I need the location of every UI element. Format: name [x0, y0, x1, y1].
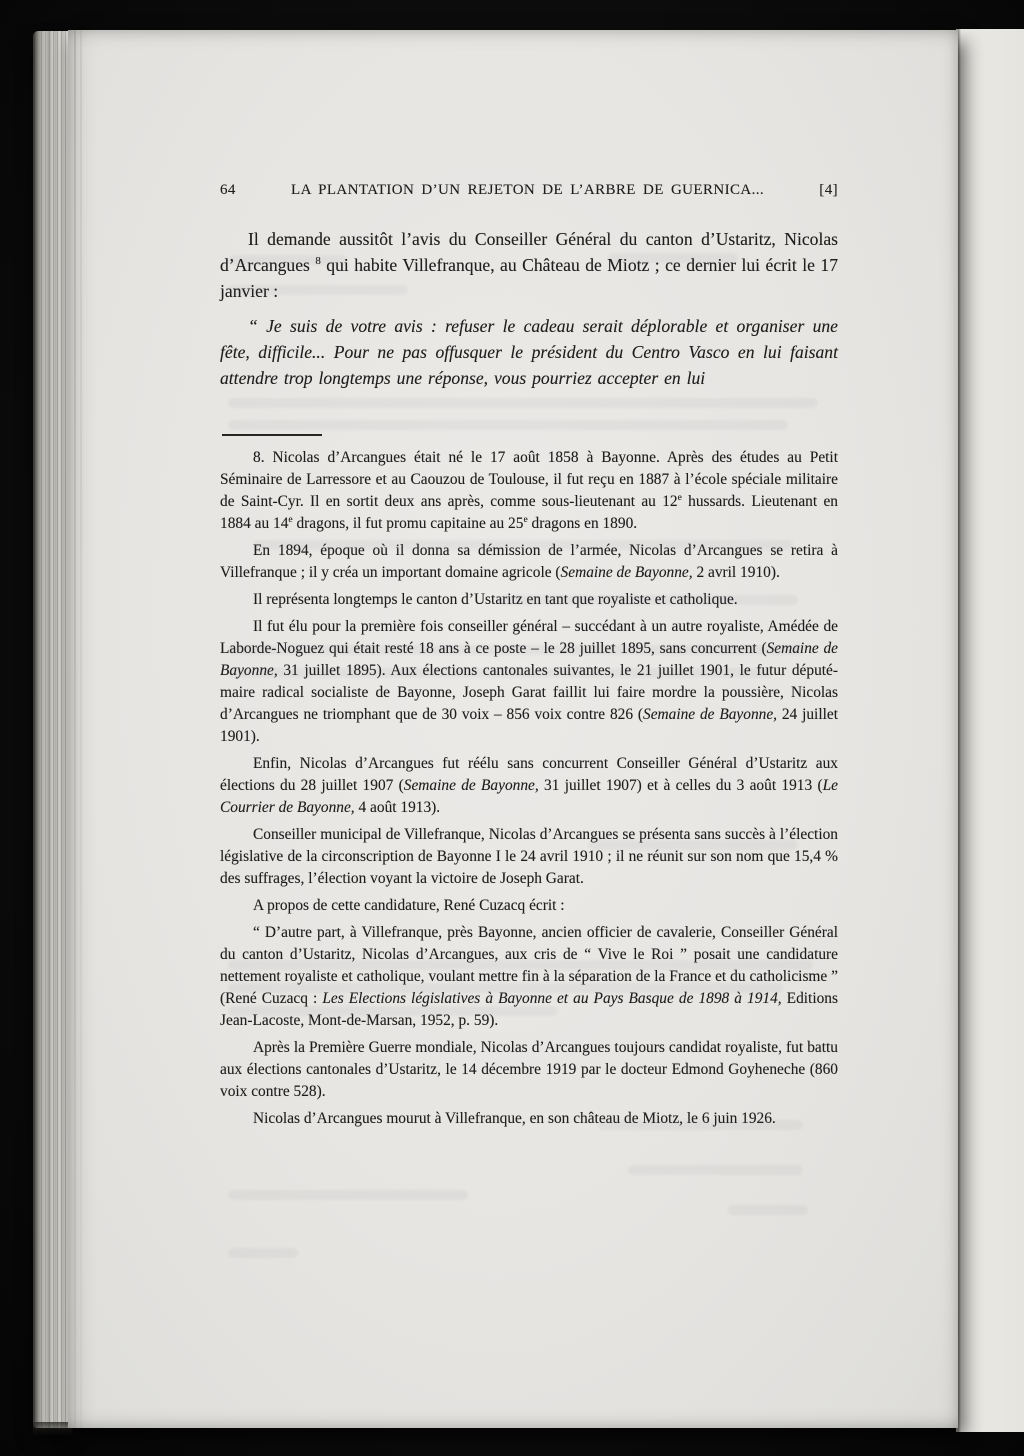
body-paragraphs: Il demande aussitôt l’avis du Conseiller… [220, 226, 838, 391]
facing-page-edge [956, 29, 1024, 1432]
bleed-through-mark [588, 840, 798, 850]
bleed-through-mark [228, 1190, 468, 1200]
bleed-through-mark [728, 1205, 808, 1215]
bleed-through-mark [228, 983, 783, 993]
bleed-through-mark [228, 668, 773, 678]
page-header: 64 LA PLANTATION D’UN REJETON DE L’ARBRE… [220, 182, 838, 199]
scanned-page: 64 LA PLANTATION D’UN REJETON DE L’ARBRE… [68, 30, 958, 1428]
bleed-through-mark [228, 255, 348, 265]
left-page-edge-stack [33, 31, 72, 1428]
bleed-through-mark [228, 645, 803, 655]
bleed-through-mark [253, 540, 793, 550]
binding-crease [74, 30, 76, 1428]
bleed-through-mark [228, 285, 408, 295]
bleed-through-mark [228, 420, 788, 430]
bleed-through-mark [228, 1248, 298, 1258]
bleed-through-mark [228, 398, 818, 408]
page-number: 64 [220, 182, 236, 199]
running-title: LA PLANTATION D’UN REJETON DE L’ARBRE DE… [236, 182, 819, 199]
bleed-through-mark [498, 595, 798, 605]
footnote-8-biography: 8. Nicolas d’Arcangues était né le 17 ao… [220, 447, 838, 535]
footnote-separator [222, 434, 322, 436]
binding-crease [80, 30, 82, 1428]
bleed-through-mark [598, 1120, 803, 1130]
footnote-cuzacq-intro: A propos de cette candidature, René Cuza… [220, 895, 838, 917]
book-photo: 64 LA PLANTATION D’UN REJETON DE L’ARBRE… [0, 0, 1024, 1456]
footnote-legislative-1910: Conseiller municipal de Villefranque, Ni… [220, 824, 838, 890]
bleed-through-mark [228, 960, 813, 970]
letter-quote-paragraph: “ Je suis de votre avis : refuser le cad… [220, 313, 838, 391]
bleed-through-mark [628, 1165, 803, 1175]
bleed-through-mark [228, 1006, 558, 1016]
footnote-elections-1895-1901: Il fut élu pour la première fois conseil… [220, 616, 838, 748]
bleed-through-mark [608, 253, 738, 263]
footnote-defeat-1919: Après la Première Guerre mondiale, Nicol… [220, 1037, 838, 1103]
footnote-elections-1907-1913: Enfin, Nicolas d’Arcangues fut réélu san… [220, 753, 838, 819]
issue-marker: [4] [819, 182, 838, 199]
